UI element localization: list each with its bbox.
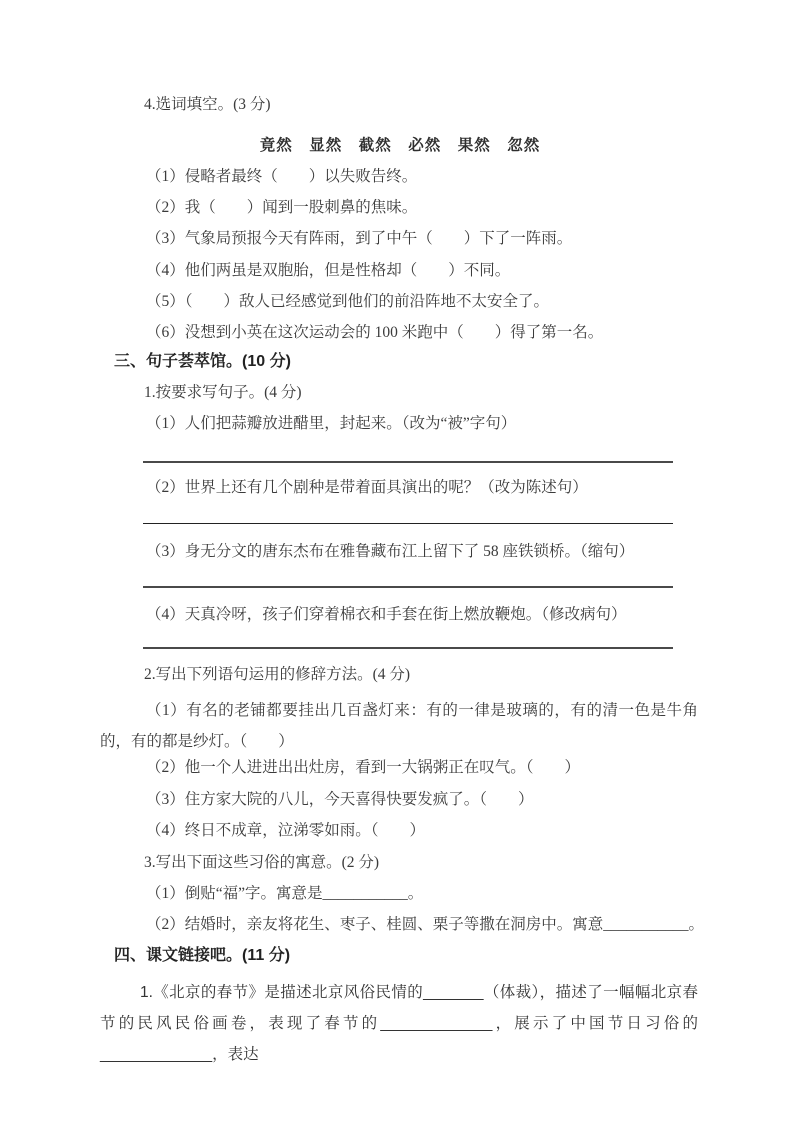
s3-q1-item-2: （2）世界上还有几个剧种是带着面具演出的呢？（改为陈述句） [146,478,588,498]
s3-q3-title: 3.写出下面这些习俗的寓意。(2 分) [144,853,379,873]
s4-q1-text: 1.《北京的春节》是描述北京风俗民情的_______（体裁），描述了一幅幅北京春… [100,977,698,1070]
word-bank: 竟然 显然 截然 必然 果然 忽然 [110,133,690,155]
s3-q2-item-2: （2）他一个人进进出出灶房，看到一大锅粥正在叹气。（ ） [146,758,580,778]
answer-line [143,523,673,524]
s3-q1-item-1: （1）人们把蒜瓣放进醋里，封起来。（改为“被”字句） [146,414,516,434]
answer-line [143,461,673,463]
s3-q2-title: 2.写出下列语句运用的修辞方法。(4 分) [144,665,410,685]
q4-item-4: （4）他们两虽是双胞胎，但是性格却（ ）不同。 [146,261,510,281]
s3-q1-item-3: （3）身无分文的唐东杰布在雅鲁藏布江上留下了 58 座铁锁桥。（缩句） [146,542,634,562]
s3-q2-item-3: （3）住方家大院的八儿，今天喜得快要发疯了。（ ） [146,790,534,810]
answer-line [143,647,673,649]
s3-q3-item-1: （1）倒贴“福”字。寓意是___________。 [146,884,423,904]
s3-q1-title: 1.按要求写句子。(4 分) [144,383,302,403]
s3-q1-item-4: （4）天真冷呀，孩子们穿着棉衣和手套在街上燃放鞭炮。（修改病句） [146,605,627,625]
section-4-heading: 四、课文链接吧。(11 分) [114,946,290,966]
q4-item-1: （1）侵略者最终（ ）以失败告终。 [146,167,417,187]
q4-item-2: （2）我（ ）闻到一股刺鼻的焦味。 [146,198,417,218]
q4-item-3: （3）气象局预报今天有阵雨，到了中午（ ）下了一阵雨。 [146,229,572,249]
s3-q2-item-1: （1）有名的老铺都要挂出几百盏灯来：有的一律是玻璃的，有的清一色是牛角的，有的都… [100,695,698,757]
question-4-title: 4.选词填空。(3 分) [144,95,271,115]
q4-item-6: （6）没想到小英在这次运动会的 100 米跑中（ ）得了第一名。 [146,323,603,343]
exam-paper-page: 4.选词填空。(3 分) 竟然 显然 截然 必然 果然 忽然 （1）侵略者最终（… [0,0,793,1122]
s3-q3-item-2: （2）结婚时，亲友将花生、枣子、桂圆、栗子等撒在洞房中。寓意__________… [146,915,704,935]
answer-line [143,586,673,588]
s3-q2-item-4: （4）终日不成章，泣涕零如雨。（ ） [146,821,425,841]
q4-item-5: （5）（ ）敌人已经感觉到他们的前沿阵地不太安全了。 [146,292,549,312]
section-3-heading: 三、句子荟萃馆。(10 分) [114,352,291,372]
